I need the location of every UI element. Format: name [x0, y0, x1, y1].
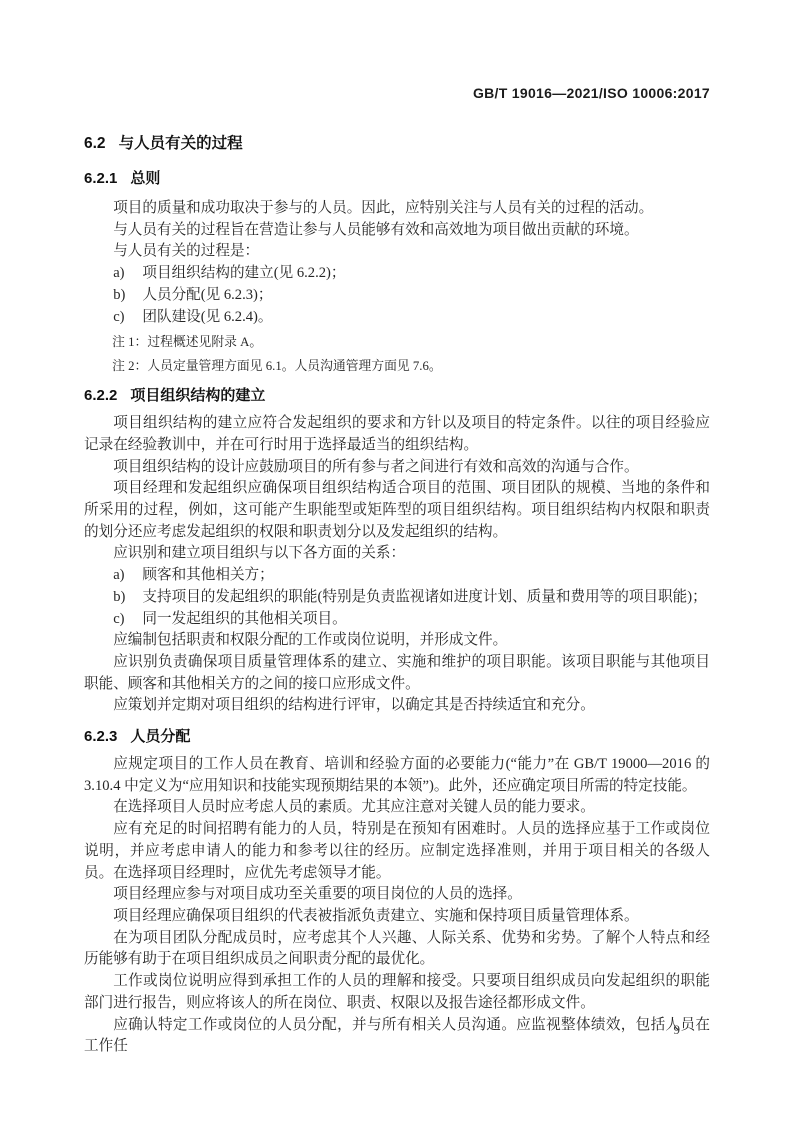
paragraph: 项目组织结构的设计应鼓励项目的所有参与者之间进行有效和高效的沟通与合作。 [84, 457, 710, 479]
notes-block: 注 1：过程概述见附录 A。 注 2：人员定量管理方面见 6.1。人员沟通管理方… [84, 330, 710, 378]
standard-code: GB/T 19016—2021/ISO 10006:2017 [473, 85, 710, 101]
list-item-label: b) [113, 587, 142, 609]
paragraph: 在为项目团队分配成员时，应考虑其个人兴趣、人际关系、优势和劣势。了解个人特点和经… [84, 928, 710, 971]
list-item-text: 人员分配(见 6.2.3)； [142, 287, 272, 303]
paragraph: 应编制包括职责和权限分配的工作或岗位说明，并形成文件。 [84, 630, 710, 652]
doc-header: GB/T 19016—2021/ISO 10006:2017 [84, 0, 710, 102]
paragraph: 项目组织结构的建立应符合发起组织的要求和方针以及项目的特定条件。以往的项目经验应… [84, 413, 710, 456]
list-item-text: 支持项目的发起组织的职能(特别是负责监视诸如进度计划、质量和费用等的项目职能)； [142, 589, 706, 605]
section-number: 6.2 [84, 135, 106, 152]
page-content: GB/T 19016—2021/ISO 10006:2017 6.2与人员有关的… [0, 0, 794, 1058]
section-6-2-2-heading: 6.2.2项目组织结构的建立 [84, 386, 710, 405]
list-item-text: 项目组织结构的建立(见 6.2.2)； [142, 265, 345, 281]
paragraph: 应识别和建立项目组织与以下各方面的关系： [84, 543, 710, 565]
list-item-label: a) [113, 263, 142, 285]
section-6-2-3-heading: 6.2.3人员分配 [84, 727, 710, 746]
paragraph: 应有充足的时间招聘有能力的人员，特别是在预知有困难时。人员的选择应基于工作或岗位… [84, 819, 710, 884]
section-title: 总则 [130, 170, 160, 187]
list-item-text: 顾客和其他相关方； [142, 567, 273, 583]
paragraph: 工作或岗位说明应得到承担工作的人员的理解和接受。只要项目组织成员向发起组织的职能… [84, 971, 710, 1014]
section-number: 6.2.1 [84, 170, 117, 187]
page-number: 9 [674, 1022, 681, 1038]
list-item: a)项目组织结构的建立(见 6.2.2)； [113, 263, 710, 285]
list-item: b)人员分配(见 6.2.3)； [113, 285, 710, 307]
list-item-text: 同一发起组织的其他相关项目。 [142, 611, 346, 627]
section-title: 与人员有关的过程 [119, 135, 243, 152]
paragraph: 与人员有关的过程旨在营造让参与人员能够有效和高效地为项目做出贡献的环境。 [84, 220, 710, 242]
list-item-label: a) [113, 565, 142, 587]
section-6-2-heading: 6.2与人员有关的过程 [84, 134, 710, 154]
list-item: b)支持项目的发起组织的职能(特别是负责监视诸如进度计划、质量和费用等的项目职能… [113, 587, 710, 609]
paragraph: 项目经理应参与对项目成功至关重要的项目岗位的人员的选择。 [84, 884, 710, 906]
note: 注 2：人员定量管理方面见 6.1。人员沟通管理方面见 7.6。 [112, 354, 710, 378]
list-item: a)顾客和其他相关方； [113, 565, 710, 587]
paragraph: 应规定项目的工作人员在教育、培训和经验方面的必要能力(“能力”在 GB/T 19… [84, 754, 710, 797]
paragraph: 与人员有关的过程是： [84, 241, 710, 263]
note: 注 1：过程概述见附录 A。 [112, 330, 710, 354]
list-item-label: c) [113, 609, 142, 631]
list-item: c)同一发起组织的其他相关项目。 [113, 609, 710, 631]
section-number: 6.2.3 [84, 728, 117, 745]
paragraph: 应确认特定工作或岗位的人员分配，并与所有相关人员沟通。应监视整体绩效，包括人员在… [84, 1015, 710, 1058]
paragraph: 应识别负责确保项目质量管理体系的建立、实施和维护的项目职能。该项目职能与其他项目… [84, 652, 710, 695]
list-item-text: 团队建设(见 6.2.4)。 [142, 309, 272, 325]
section-number: 6.2.2 [84, 387, 117, 404]
section-title: 项目组织结构的建立 [130, 387, 265, 404]
paragraph: 项目经理和发起组织应确保项目组织结构适合项目的范围、项目团队的规模、当地的条件和… [84, 478, 710, 543]
list-item: c)团队建设(见 6.2.4)。 [113, 307, 710, 329]
paragraph: 应策划并定期对项目组织的结构进行评审，以确定其是否持续适宜和充分。 [84, 695, 710, 717]
paragraph: 在选择项目人员时应考虑人员的素质。尤其应注意对关键人员的能力要求。 [84, 797, 710, 819]
document-page: GB/T 19016—2021/ISO 10006:2017 6.2与人员有关的… [0, 0, 794, 1123]
paragraph: 项目经理应确保项目组织的代表被指派负责建立、实施和保持项目质量管理体系。 [84, 906, 710, 928]
paragraph: 项目的质量和成功取决于参与的人员。因此，应特别关注与人员有关的过程的活动。 [84, 198, 710, 220]
section-title: 人员分配 [130, 728, 190, 745]
list-item-label: b) [113, 285, 142, 307]
list-item-label: c) [113, 307, 142, 329]
section-6-2-1-heading: 6.2.1总则 [84, 169, 710, 188]
